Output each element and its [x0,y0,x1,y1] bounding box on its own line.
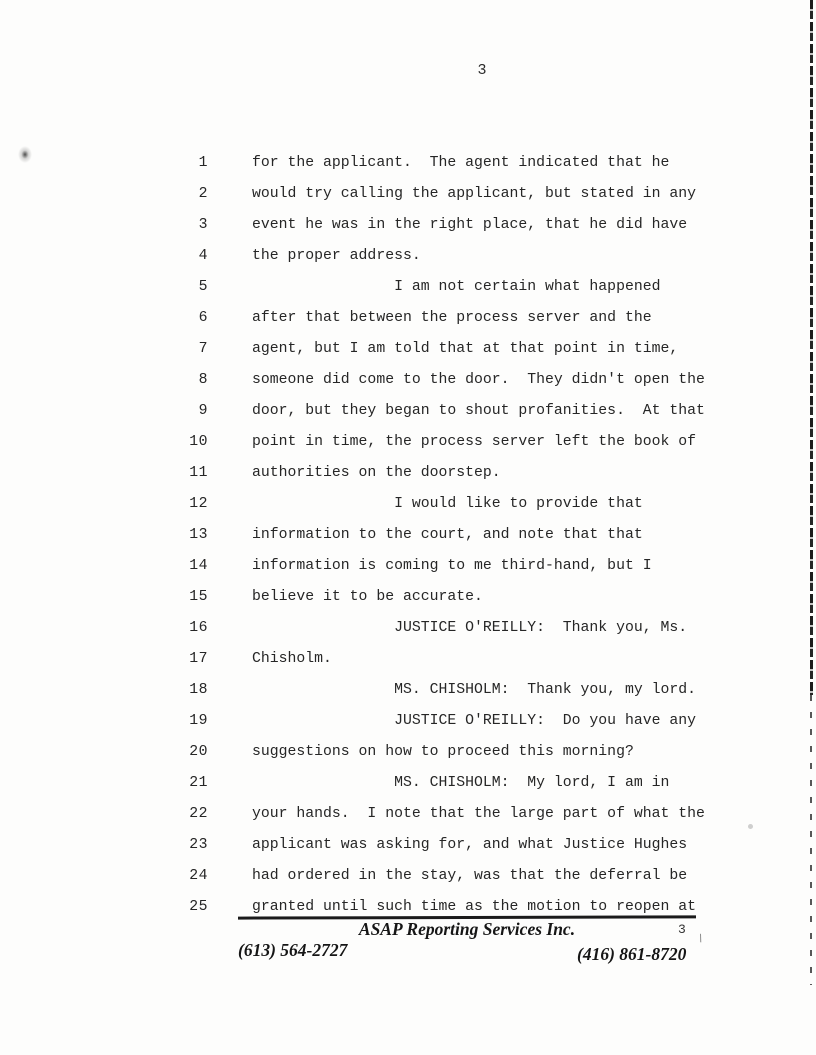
page-number-bottom: 3 [678,922,686,937]
transcript-line: 3 event he was in the right place, that … [0,210,816,241]
line-number: 25 [168,892,208,923]
transcript-line: 9 door, but they began to shout profanit… [0,396,816,427]
transcript-line: 2 would try calling the applicant, but s… [0,179,816,210]
line-text: the proper address. [252,241,421,272]
line-number: 22 [168,799,208,830]
line-text: information to the court, and note that … [252,520,643,551]
line-text: after that between the process server an… [252,303,652,334]
transcript-line: 22 your hands. I note that the large par… [0,799,816,830]
transcript-line: 18 MS. CHISHOLM: Thank you, my lord. [0,675,816,706]
transcript-line: 1 for the applicant. The agent indicated… [0,148,816,179]
line-text: Chisholm. [252,644,332,675]
transcript-line: 5 I am not certain what happened [0,272,816,303]
line-number: 3 [168,210,208,241]
line-text: JUSTICE O'REILLY: Do you have any [252,706,696,737]
footer-company-name: ASAP Reporting Services Inc. [238,919,696,940]
transcript-line: 24 had ordered in the stay, was that the… [0,861,816,892]
transcript-line: 7 agent, but I am told that at that poin… [0,334,816,365]
line-number: 11 [168,458,208,489]
line-text: I would like to provide that [252,489,643,520]
transcript-line: 6 after that between the process server … [0,303,816,334]
transcript-line: 17 Chisholm. [0,644,816,675]
line-number: 16 [168,613,208,644]
line-text: information is coming to me third-hand, … [252,551,652,582]
transcript-line: 21 MS. CHISHOLM: My lord, I am in [0,768,816,799]
transcript-page: 3 1 for the applicant. The agent indicat… [0,0,816,1055]
transcript-line: 10 point in time, the process server lef… [0,427,816,458]
transcript-line: 16 JUSTICE O'REILLY: Thank you, Ms. [0,613,816,644]
page-number-top: 3 [470,62,494,79]
line-text: suggestions on how to proceed this morni… [252,737,634,768]
transcript-line: 12 I would like to provide that [0,489,816,520]
line-number: 9 [168,396,208,427]
line-text: agent, but I am told that at that point … [252,334,678,365]
transcript-line: 20 suggestions on how to proceed this mo… [0,737,816,768]
footer-phone-ottawa: (613) 564-2727 [238,940,347,961]
line-text: I am not certain what happened [252,272,660,303]
line-text: JUSTICE O'REILLY: Thank you, Ms. [252,613,687,644]
line-text: point in time, the process server left t… [252,427,696,458]
line-text: had ordered in the stay, was that the de… [252,861,687,892]
transcript-line: 15 believe it to be accurate. [0,582,816,613]
line-number: 6 [168,303,208,334]
line-text: door, but they began to shout profanitie… [252,396,705,427]
line-number: 15 [168,582,208,613]
scan-stray-tick: \ [697,931,705,946]
line-text: would try calling the applicant, but sta… [252,179,696,210]
line-number: 1 [168,148,208,179]
line-number: 13 [168,520,208,551]
line-number: 5 [168,272,208,303]
transcript-line: 4 the proper address. [0,241,816,272]
line-number: 12 [168,489,208,520]
footer-phone-toronto: (416) 861-8720 [577,944,686,965]
line-number: 19 [168,706,208,737]
line-number: 7 [168,334,208,365]
line-number: 17 [168,644,208,675]
line-text: authorities on the doorstep. [252,458,501,489]
line-text: event he was in the right place, that he… [252,210,687,241]
line-text: your hands. I note that the large part o… [252,799,705,830]
line-text: applicant was asking for, and what Justi… [252,830,687,861]
line-number: 2 [168,179,208,210]
line-text: for the applicant. The agent indicated t… [252,148,669,179]
line-text: MS. CHISHOLM: My lord, I am in [252,768,669,799]
transcript-line: 19 JUSTICE O'REILLY: Do you have any [0,706,816,737]
transcript-line: 11 authorities on the doorstep. [0,458,816,489]
line-number: 23 [168,830,208,861]
line-number: 18 [168,675,208,706]
line-text: believe it to be accurate. [252,582,483,613]
transcript-line: 14 information is coming to me third-han… [0,551,816,582]
line-number: 20 [168,737,208,768]
line-number: 14 [168,551,208,582]
line-number: 21 [168,768,208,799]
transcript-line: 13 information to the court, and note th… [0,520,816,551]
transcript-line: 23 applicant was asking for, and what Ju… [0,830,816,861]
line-text: MS. CHISHOLM: Thank you, my lord. [252,675,696,706]
line-number: 24 [168,861,208,892]
transcript-line: 8 someone did come to the door. They did… [0,365,816,396]
line-text: someone did come to the door. They didn'… [252,365,705,396]
line-number: 8 [168,365,208,396]
line-number: 10 [168,427,208,458]
line-number: 4 [168,241,208,272]
